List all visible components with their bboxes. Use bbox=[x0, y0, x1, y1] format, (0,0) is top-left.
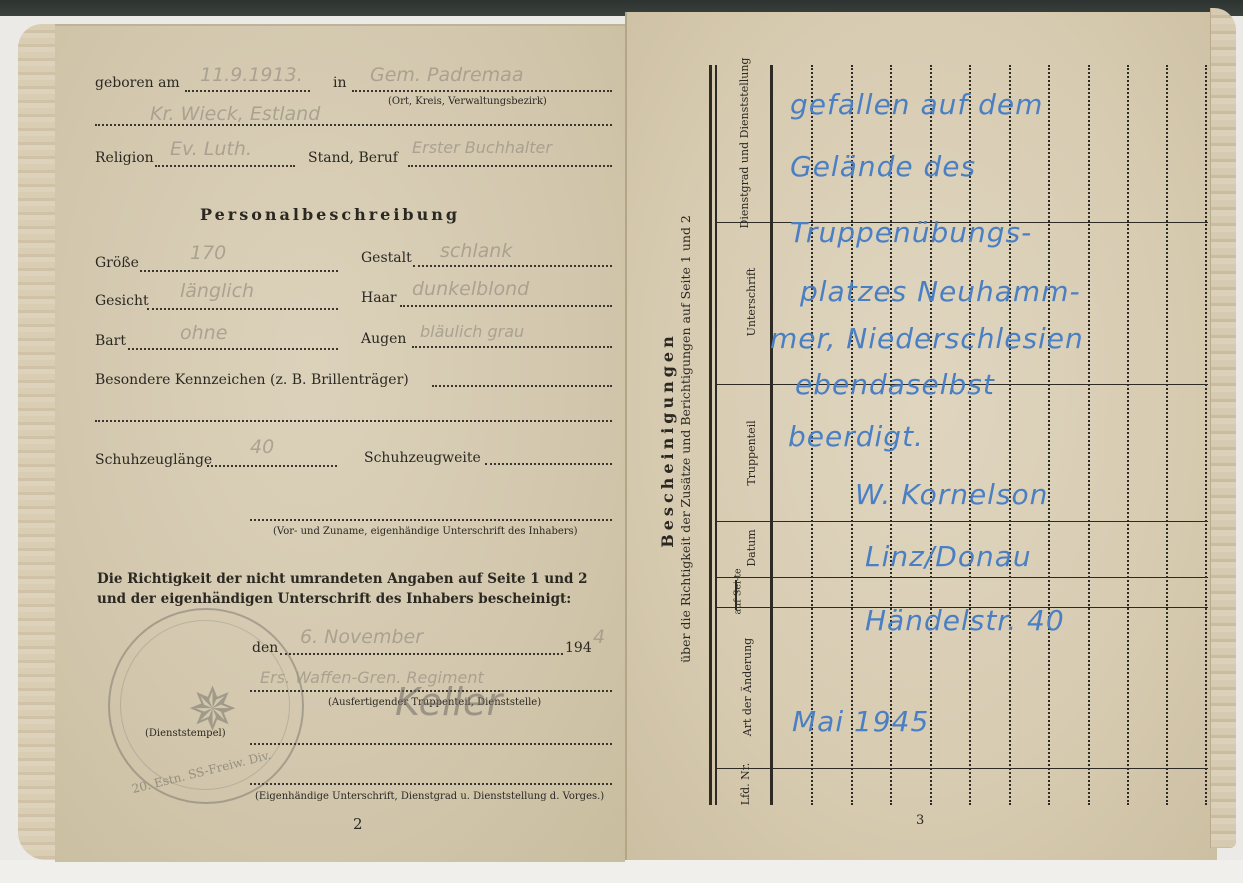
page-number-left: 2 bbox=[353, 815, 363, 833]
build-label: Gestalt bbox=[361, 250, 412, 266]
row-line bbox=[1205, 65, 1207, 805]
religion-label: Religion bbox=[95, 150, 154, 166]
profession-value: Erster Buchhalter bbox=[412, 138, 552, 157]
handwritten-entry-line: Gelände des bbox=[790, 150, 976, 183]
face-label: Gesicht bbox=[95, 293, 149, 309]
column-header-date: Datum bbox=[745, 518, 759, 578]
booklet-right-edge bbox=[1210, 8, 1236, 848]
eyes-line bbox=[412, 346, 612, 348]
handwritten-signature: W. Kornelson bbox=[855, 478, 1048, 511]
handwritten-entry-line: Truppenübungs- bbox=[790, 216, 1032, 249]
born-line bbox=[185, 90, 310, 92]
date-label: den bbox=[252, 640, 278, 656]
handwritten-entry-line: beerdigt. bbox=[788, 420, 924, 453]
column-header-signature: Unterschrift bbox=[745, 242, 759, 362]
holder-signature-line bbox=[250, 519, 612, 521]
table-title: Bescheinigungen bbox=[658, 240, 678, 640]
birthplace-value: Gem. Padremaa bbox=[370, 64, 523, 86]
column-separator bbox=[716, 768, 1208, 769]
row-line bbox=[1009, 65, 1011, 805]
row-line bbox=[1088, 65, 1090, 805]
certification-line2: und der eigenhändigen Unterschrift des I… bbox=[97, 591, 571, 607]
build-line bbox=[413, 265, 612, 267]
born-label: geboren am bbox=[95, 75, 180, 91]
special-marks-line bbox=[432, 385, 612, 387]
column-header-page: auf Sei-te bbox=[733, 570, 747, 615]
row-line bbox=[1166, 65, 1168, 805]
shoe-width-line bbox=[485, 463, 612, 465]
hair-line bbox=[400, 305, 612, 307]
religion-line bbox=[155, 165, 295, 167]
face-line bbox=[147, 308, 338, 310]
table-outer-border-inner bbox=[715, 65, 717, 805]
officer-title-line bbox=[250, 783, 612, 785]
shoe-length-line bbox=[207, 465, 337, 467]
height-line bbox=[140, 270, 338, 272]
special-marks-label: Besondere Kennzeichen (z. B. Brillenträg… bbox=[95, 372, 409, 388]
born-value: 11.9.1913. bbox=[200, 64, 303, 86]
table-outer-border bbox=[709, 65, 712, 805]
officer-hint: (Eigenhändige Unterschrift, Dienstgrad u… bbox=[255, 791, 604, 802]
shoe-length-value: 40 bbox=[250, 436, 274, 458]
date-value: 6. November bbox=[300, 626, 423, 648]
date-year-suffix: 4 bbox=[593, 626, 605, 648]
handwritten-entry-line: ebendaselbst bbox=[795, 368, 995, 401]
officer-signature-line bbox=[250, 743, 612, 745]
handwritten-entry-line: gefallen auf dem bbox=[790, 88, 1043, 121]
handwritten-street: Händelstr. 40 bbox=[865, 604, 1065, 637]
page-number-right: 3 bbox=[916, 813, 924, 828]
handwritten-date: Mai 1945 bbox=[792, 705, 929, 738]
eyes-value: bläulich grau bbox=[420, 322, 524, 341]
officer-signature: Keller bbox=[395, 680, 502, 724]
date-year-prefix: 194 bbox=[565, 640, 592, 656]
handwritten-city: Linz/Donau bbox=[865, 540, 1032, 573]
table-subtitle: über die Richtigkeit der Zusätze und Ber… bbox=[678, 139, 696, 739]
beard-line bbox=[128, 348, 338, 350]
birthplace-line bbox=[352, 90, 612, 92]
hair-label: Haar bbox=[361, 290, 397, 306]
birthplace-line2 bbox=[95, 124, 612, 126]
row-line bbox=[1048, 65, 1050, 805]
height-label: Größe bbox=[95, 255, 139, 271]
profession-line bbox=[408, 165, 612, 167]
hair-value: dunkelblond bbox=[412, 278, 529, 300]
profession-label: Stand, Beruf bbox=[308, 150, 398, 166]
section-title: Personalbeschreibung bbox=[200, 205, 460, 224]
birthplace-hint: (Ort, Kreis, Verwaltungsbezirk) bbox=[388, 96, 547, 107]
handwritten-entry-line: mer, Niederschlesien bbox=[770, 322, 1084, 355]
beard-value: ohne bbox=[180, 322, 227, 344]
beard-label: Bart bbox=[95, 333, 126, 349]
column-separator bbox=[716, 577, 1208, 578]
birthplace-label: in bbox=[333, 75, 347, 91]
religion-value: Ev. Luth. bbox=[170, 138, 252, 160]
scan-background-bottom bbox=[0, 860, 1243, 883]
column-header-unit: Truppenteil bbox=[745, 393, 759, 513]
birthplace-line2-value: Kr. Wieck, Estland bbox=[150, 103, 320, 125]
column-header-change-type: Art der Änderung bbox=[741, 622, 755, 752]
column-header-rank: Dienstgrad und Dienststellung bbox=[738, 53, 752, 233]
build-value: schlank bbox=[440, 240, 512, 262]
column-header-number: Lfd. Nr. bbox=[739, 754, 753, 814]
certification-line1: Die Richtigkeit der nicht umrandeten Ang… bbox=[97, 571, 588, 587]
row-line bbox=[1127, 65, 1129, 805]
eyes-label: Augen bbox=[361, 331, 406, 347]
shoe-length-label: Schuhzeuglänge bbox=[95, 452, 212, 468]
holder-signature-hint: (Vor- und Zuname, eigenhändige Unterschr… bbox=[273, 526, 578, 537]
column-separator bbox=[716, 521, 1208, 522]
date-line bbox=[280, 653, 563, 655]
stamp-label: (Dienststempel) bbox=[145, 728, 226, 739]
handwritten-entry-line: platzes Neuhamm- bbox=[800, 275, 1081, 308]
special-marks-line2 bbox=[95, 420, 612, 422]
booklet-left-edge bbox=[18, 24, 60, 860]
shoe-width-label: Schuhzeugweite bbox=[364, 450, 481, 466]
table-header-divider bbox=[770, 65, 773, 805]
face-value: länglich bbox=[180, 280, 254, 302]
height-value: 170 bbox=[190, 242, 226, 264]
